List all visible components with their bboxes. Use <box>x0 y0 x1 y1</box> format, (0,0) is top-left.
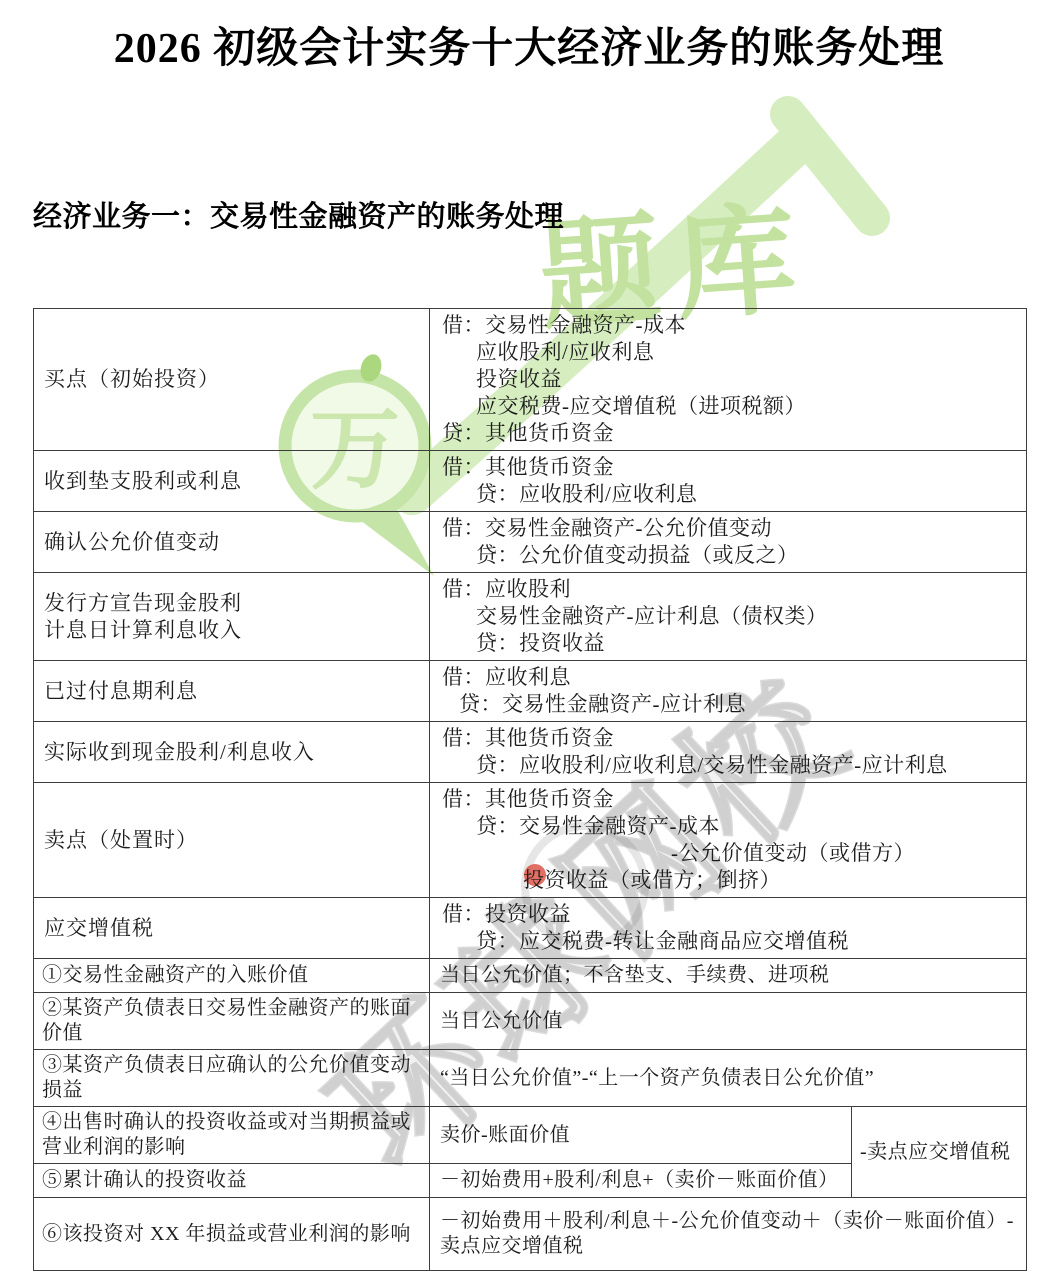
journal-entry-line: 借：其他货币资金 <box>442 725 1020 752</box>
numbered-label-cell: ④出售时确认的投资收益或对当期损益或营业利润的影响 <box>34 1107 430 1164</box>
journal-entry-line: 贷：应交税费-转让金融商品应交增值税 <box>442 928 1020 955</box>
entry-row: 买点（初始投资）借：交易性金融资产-成本应收股利/应收利息投资收益应交税费-应交… <box>34 309 1027 451</box>
journal-entry-cell: 借：其他货币资金贷：交易性金融资产-成本-公允价值变动（或借方）投资收益（或借方… <box>430 783 1027 898</box>
journal-entry-cell: 借：投资收益贷：应交税费-转让金融商品应交增值税 <box>430 898 1027 959</box>
entry-label-cell: 已过付息期利息 <box>34 661 430 722</box>
entry-row: 确认公允价值变动借：交易性金融资产-公允价值变动贷：公允价值变动损益（或反之） <box>34 512 1027 573</box>
journal-entry-cell: 借：交易性金融资产-成本应收股利/应收利息投资收益应交税费-应交增值税（进项税额… <box>430 309 1027 451</box>
entry-label-line: 买点（初始投资） <box>44 366 421 393</box>
accounting-table: 买点（初始投资）借：交易性金融资产-成本应收股利/应收利息投资收益应交税费-应交… <box>33 308 1027 1271</box>
entry-row: 发行方宣告现金股利计息日计算利息收入借：应收股利交易性金融资产-应计利息（债权类… <box>34 573 1027 661</box>
entry-row: 已过付息期利息借：应收利息贷：交易性金融资产-应计利息 <box>34 661 1027 722</box>
entry-label-cell: 确认公允价值变动 <box>34 512 430 573</box>
journal-entry-line: 贷：投资收益 <box>442 630 1020 657</box>
entry-label-cell: 发行方宣告现金股利计息日计算利息收入 <box>34 573 430 661</box>
entry-row: 收到垫支股利或利息借：其他货币资金贷：应收股利/应收利息 <box>34 451 1027 512</box>
journal-entry-line: 借：投资收益 <box>442 901 1020 928</box>
entry-label-cell: 应交增值税 <box>34 898 430 959</box>
journal-entry-line: 贷：应收股利/应收利息/交易性金融资产-应计利息 <box>442 752 1020 779</box>
entry-label-line: 卖点（处置时） <box>44 827 421 854</box>
numbered-value-cell: 卖价-账面价值 <box>430 1107 852 1164</box>
entry-row: 实际收到现金股利/利息收入借：其他货币资金贷：应收股利/应收利息/交易性金融资产… <box>34 722 1027 783</box>
entry-row: 应交增值税借：投资收益贷：应交税费-转让金融商品应交增值税 <box>34 898 1027 959</box>
entry-label-cell: 买点（初始投资） <box>34 309 430 451</box>
numbered-row: ③某资产负债表日应确认的公允价值变动损益“当日公允价值”-“上一个资产负债表日公… <box>34 1050 1027 1107</box>
journal-entry-line: 借：应收股利 <box>442 576 1020 603</box>
page-title: 2026 初级会计实务十大经济业务的账务处理 <box>33 22 1025 76</box>
entry-label-line: 确认公允价值变动 <box>44 529 421 556</box>
numbered-label-cell: ⑥该投资对 XX 年损益或营业利润的影响 <box>34 1198 430 1271</box>
entry-label-line: 计息日计算利息收入 <box>44 617 421 644</box>
entry-label-line: 应交增值税 <box>44 915 421 942</box>
journal-entry-line: 贷：其他货币资金 <box>442 420 1020 447</box>
numbered-value-cell: －初始费用+股利/利息+（卖价－账面价值） <box>430 1164 852 1198</box>
numbered-value-cell: 当日公允价值；不含垫支、手续费、进项税 <box>430 959 1027 993</box>
journal-entry-line: 交易性金融资产-应计利息（债权类） <box>442 603 1020 630</box>
journal-entry-line: 借：交易性金融资产-成本 <box>442 312 1020 339</box>
section-heading: 经济业务一：交易性金融资产的账务处理 <box>33 198 1025 236</box>
numbered-row: ②某资产负债表日交易性金融资产的账面价值当日公允价值 <box>34 993 1027 1050</box>
journal-entry-line: 借：其他货币资金 <box>442 454 1020 481</box>
numbered-row: ⑥该投资对 XX 年损益或营业利润的影响－初始费用＋股利/利息＋-公允价值变动＋… <box>34 1198 1027 1271</box>
entry-label-line: 实际收到现金股利/利息收入 <box>44 739 421 766</box>
entry-label-cell: 卖点（处置时） <box>34 783 430 898</box>
entry-label-line: 发行方宣告现金股利 <box>44 590 421 617</box>
journal-entry-line: 投资收益（或借方；倒挤） <box>442 867 1020 894</box>
numbered-label-cell: ①交易性金融资产的入账价值 <box>34 959 430 993</box>
merged-side-cell: -卖点应交增值税 <box>852 1107 1027 1198</box>
journal-entry-line: 贷：应收股利/应收利息 <box>442 481 1020 508</box>
entry-label-line: 收到垫支股利或利息 <box>44 468 421 495</box>
journal-entry-cell: 借：交易性金融资产-公允价值变动贷：公允价值变动损益（或反之） <box>430 512 1027 573</box>
journal-entry-line: 借：应收利息 <box>442 664 1020 691</box>
journal-entry-line: 应交税费-应交增值税（进项税额） <box>442 393 1020 420</box>
entry-label-line: 已过付息期利息 <box>44 678 421 705</box>
journal-entry-line: -公允价值变动（或借方） <box>442 840 1020 867</box>
entry-row: 卖点（处置时）借：其他货币资金贷：交易性金融资产-成本-公允价值变动（或借方）投… <box>34 783 1027 898</box>
numbered-value-cell: －初始费用＋股利/利息＋-公允价值变动＋（卖价－账面价值）-卖点应交增值税 <box>430 1198 1027 1271</box>
journal-entry-cell: 借：应收利息贷：交易性金融资产-应计利息 <box>430 661 1027 722</box>
journal-entry-cell: 借：其他货币资金贷：应收股利/应收利息/交易性金融资产-应计利息 <box>430 722 1027 783</box>
journal-entry-line: 贷：公允价值变动损益（或反之） <box>442 542 1020 569</box>
numbered-label-cell: ⑤累计确认的投资收益 <box>34 1164 430 1198</box>
numbered-label-cell: ②某资产负债表日交易性金融资产的账面价值 <box>34 993 430 1050</box>
journal-entry-line: 应收股利/应收利息 <box>442 339 1020 366</box>
entry-label-cell: 实际收到现金股利/利息收入 <box>34 722 430 783</box>
document-content: 2026 初级会计实务十大经济业务的账务处理 经济业务一：交易性金融资产的账务处… <box>0 0 1055 1271</box>
journal-entry-line: 借：其他货币资金 <box>442 786 1020 813</box>
table-body: 买点（初始投资）借：交易性金融资产-成本应收股利/应收利息投资收益应交税费-应交… <box>34 309 1027 1271</box>
journal-entry-line: 借：交易性金融资产-公允价值变动 <box>442 515 1020 542</box>
numbered-label-cell: ③某资产负债表日应确认的公允价值变动损益 <box>34 1050 430 1107</box>
journal-entry-cell: 借：应收股利交易性金融资产-应计利息（债权类）贷：投资收益 <box>430 573 1027 661</box>
journal-entry-line: 投资收益 <box>442 366 1020 393</box>
journal-entry-line: 贷：交易性金融资产-应计利息 <box>442 691 1020 718</box>
numbered-row: ④出售时确认的投资收益或对当期损益或营业利润的影响卖价-账面价值-卖点应交增值税 <box>34 1107 1027 1164</box>
journal-entry-cell: 借：其他货币资金贷：应收股利/应收利息 <box>430 451 1027 512</box>
entry-label-cell: 收到垫支股利或利息 <box>34 451 430 512</box>
numbered-value-cell: “当日公允价值”-“上一个资产负债表日公允价值” <box>430 1050 1027 1107</box>
document-page: 题库 万 环球网校 2026 初级会计实务十大经济业务的账务处理 经济业务一：交… <box>0 0 1055 1280</box>
numbered-value-cell: 当日公允价值 <box>430 993 1027 1050</box>
numbered-row: ①交易性金融资产的入账价值当日公允价值；不含垫支、手续费、进项税 <box>34 959 1027 993</box>
journal-entry-line: 贷：交易性金融资产-成本 <box>442 813 1020 840</box>
